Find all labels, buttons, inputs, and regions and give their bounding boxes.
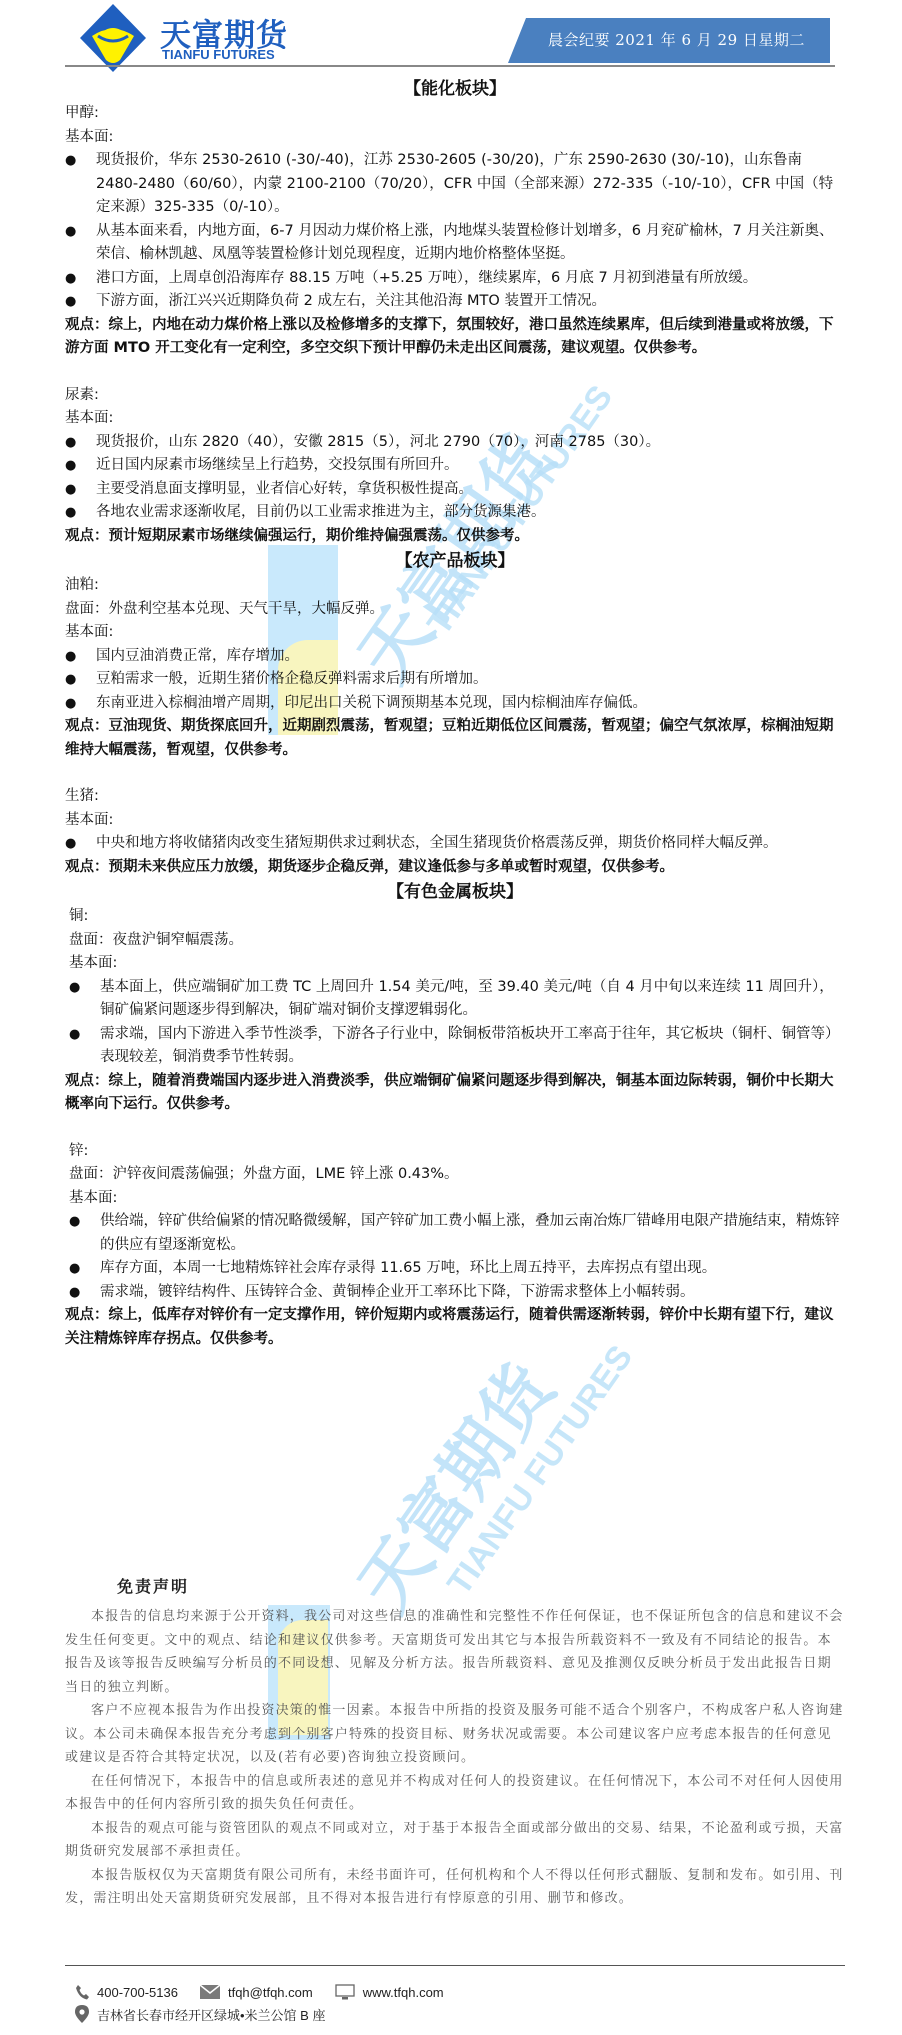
disclaimer-paragraph: 在任何情况下，本报告中的信息或所表述的意见并不构成对任何人的投资建议。在任何情况… <box>65 1770 845 1817</box>
commodity-hog: 生猪: 基本面: 中央和地方将收储猪肉改变生猪短期供求过剩状态，全国生猪现货价格… <box>65 785 845 879</box>
list-item: 各地农业需求逐渐收尾，目前仍以工业需求推进为主，部分货源集港。 <box>65 501 845 525</box>
commodity-name: 生猪: <box>65 785 845 809</box>
contact-address: 吉林省长春市经开区绿城•米兰公馆 B 座 <box>75 2005 325 2024</box>
view-text: 观点：综上，内地在动力煤价格上涨以及检修增多的支撑下，氛围较好，港口虽然连续累库… <box>65 314 845 361</box>
list-item: 东南亚进入棕榈油增产周期，印尼出口关税下调预期基本兑现，国内棕榈油库存偏低。 <box>65 692 845 716</box>
fundamentals-list: 现货报价，华东 2530-2610 (-30/-40)，江苏 2530-2605… <box>65 149 845 314</box>
view-text: 观点：综上，低库存对锌价有一定支撑作用，锌价短期内或将震荡运行，随着供需逐渐转弱… <box>65 1304 845 1351</box>
report-page: 天富期货 TIANFU FUTURES 天富期货 TIANFU FUTURES … <box>0 0 902 2035</box>
commodity-zinc: 锌: 盘面：沪锌夜间震荡偏强；外盘方面，LME 锌上涨 0.43%。 基本面: … <box>65 1140 845 1305</box>
disclaimer-paragraph: 本报告版权仅为天富期货有限公司所有，未经书面许可，任何机构和个人不得以任何形式翻… <box>65 1864 845 1911</box>
fundamentals-list: 国内豆油消费正常，库存增加。 豆粕需求一般，近期生猪价格企稳反弹料需求后期有所增… <box>65 645 845 716</box>
view-text: 观点：预期未来供应压力放缓，期货逐步企稳反弹，建议逢低参与多单或暂时观望，仅供参… <box>65 856 845 880</box>
commodity-name: 锌: <box>69 1140 845 1164</box>
list-item: 现货报价，山东 2820（40），安徽 2815（5），河北 2790（70），… <box>65 431 845 455</box>
email-icon <box>200 1985 220 1999</box>
commodity-copper: 铜: 盘面：夜盘沪铜窄幅震荡。 基本面: 基本面上，供应端铜矿加工费 TC 上周… <box>65 905 845 1070</box>
fundamentals-list: 基本面上，供应端铜矿加工费 TC 上周回升 1.54 美元/吨，至 39.40 … <box>69 976 845 1070</box>
list-item: 主要受消息面支撑明显，业者信心好转，拿货积极性提高。 <box>65 478 845 502</box>
report-header: 天富期货 TIANFU FUTURES 晨会纪要 2021 年 6 月 29 日… <box>0 0 902 70</box>
commodity-name: 铜: <box>69 905 845 929</box>
fundamentals-list: 中央和地方将收储猪肉改变生猪短期供求过剩状态，全国生猪现货价格震荡反弹，期货价格… <box>65 832 845 856</box>
disclaimer-title: 免责声明 <box>117 1574 845 1597</box>
report-body: 【能化板块】 甲醇: 基本面: 现货报价，华东 2530-2610 (-30/-… <box>65 76 845 1351</box>
location-pin-icon <box>75 2005 89 2023</box>
section-title-energy: 【能化板块】 <box>65 76 845 102</box>
commodity-name: 油粕: <box>65 574 845 598</box>
address-row: 吉林省长春市经开区绿城•米兰公馆 B 座 <box>75 2003 466 2025</box>
market-text: 盘面：沪锌夜间震荡偏强；外盘方面，LME 锌上涨 0.43%。 <box>69 1163 845 1187</box>
phone-number: 400-700-5136 <box>97 1985 178 2000</box>
list-item: 近日国内尿素市场继续呈上行趋势，交投氛围有所回升。 <box>65 454 845 478</box>
list-item: 中央和地方将收储猪肉改变生猪短期供求过剩状态，全国生猪现货价格震荡反弹，期货价格… <box>65 832 845 856</box>
fundamentals-label: 基本面: <box>65 407 845 431</box>
fundamentals-label: 基本面: <box>65 621 845 645</box>
fundamentals-label: 基本面: <box>65 809 845 833</box>
monitor-icon <box>335 1984 355 2000</box>
fundamentals-label: 基本面: <box>69 1187 845 1211</box>
header-divider <box>65 65 835 67</box>
fundamentals-label: 基本面: <box>65 126 845 150</box>
commodity-oilmeal: 油粕: 盘面：外盘利空基本兑现、天气干旱，大幅反弹。 基本面: 国内豆油消费正常… <box>65 574 845 762</box>
list-item: 库存方面，本周一七地精炼锌社会库存录得 11.65 万吨，环比上周五持平，去库拐… <box>69 1257 845 1281</box>
list-item: 下游方面，浙江兴兴近期降负荷 2 成左右，关注其他沿海 MTO 装置开工情况。 <box>65 290 845 314</box>
disclaimer-paragraph: 本报告的信息均来源于公开资料，我公司对这些信息的准确性和完整性不作任何保证，也不… <box>65 1605 845 1699</box>
contact-email: tfqh@tfqh.com <box>200 1985 313 2000</box>
email-link[interactable]: tfqh@tfqh.com <box>228 1985 313 2000</box>
list-item: 从基本面来看，内地方面，6-7 月因动力煤价格上涨，内地煤头装置检修计划增多，6… <box>65 220 845 267</box>
market-text: 盘面：外盘利空基本兑现、天气干旱，大幅反弹。 <box>65 598 845 622</box>
list-item: 基本面上，供应端铜矿加工费 TC 上周回升 1.54 美元/吨，至 39.40 … <box>69 976 845 1023</box>
disclaimer-paragraph: 客户不应视本报告为作出投资决策的惟一因素。本报告中所指的投资及服务可能不适合个别… <box>65 1699 845 1770</box>
commodity-methanol: 甲醇: 基本面: 现货报价，华东 2530-2610 (-30/-40)，江苏 … <box>65 102 845 361</box>
contact-row: 400-700-5136 tfqh@tfqh.com www.tfqh.com <box>75 1981 466 2003</box>
market-text: 盘面：夜盘沪铜窄幅震荡。 <box>69 929 845 953</box>
contact-phone: 400-700-5136 <box>75 1984 178 2000</box>
contact-website: www.tfqh.com <box>335 1984 444 2000</box>
website-link[interactable]: www.tfqh.com <box>363 1985 444 2000</box>
list-item: 现货报价，华东 2530-2610 (-30/-40)，江苏 2530-2605… <box>65 149 845 220</box>
disclaimer: 免责声明 本报告的信息均来源于公开资料，我公司对这些信息的准确性和完整性不作任何… <box>65 1574 845 1911</box>
commodity-name: 甲醇: <box>65 102 845 126</box>
disclaimer-paragraph: 本报告的观点可能与资管团队的观点不同或对立，对于基于本报告全面或部分做出的交易、… <box>65 1817 845 1864</box>
list-item: 供给端，锌矿供给偏紧的情况略微缓解，国产锌矿加工费小幅上涨，叠加云南冶炼厂错峰用… <box>69 1210 845 1257</box>
section-title-metals: 【有色金属板块】 <box>65 879 845 905</box>
footer-divider <box>65 1965 845 1966</box>
address-text: 吉林省长春市经开区绿城•米兰公馆 B 座 <box>97 2005 325 2024</box>
brand-name-en: TIANFU FUTURES <box>162 47 275 62</box>
list-item: 需求端，镀锌结构件、压铸锌合金、黄铜棒企业开工率环比下降，下游需求整体上小幅转弱… <box>69 1281 845 1305</box>
list-item: 港口方面，上周卓创沿海库存 88.15 万吨（+5.25 万吨），继续累库，6 … <box>65 267 845 291</box>
view-text: 观点：预计短期尿素市场继续偏强运行，期价维持偏强震荡。仅供参考。 <box>65 525 845 549</box>
fundamentals-list: 现货报价，山东 2820（40），安徽 2815（5），河北 2790（70），… <box>65 431 845 525</box>
view-text: 观点：豆油现货、期货探底回升，近期剧烈震荡，暂观望；豆粕近期低位区间震荡，暂观望… <box>65 715 845 762</box>
report-date: 晨会纪要 2021 年 6 月 29 日星期二 <box>548 29 805 50</box>
view-text: 观点：综上，随着消费端国内逐步进入消费淡季，供应端铜矿偏紧问题逐步得到解决，铜基… <box>65 1070 845 1117</box>
list-item: 需求端，国内下游进入季节性淡季，下游各子行业中，除铜板带箔板块开工率高于往年，其… <box>69 1023 845 1070</box>
list-item: 豆粕需求一般，近期生猪价格企稳反弹料需求后期有所增加。 <box>65 668 845 692</box>
fundamentals-label: 基本面: <box>69 952 845 976</box>
list-item: 国内豆油消费正常，库存增加。 <box>65 645 845 669</box>
contact-footer: 400-700-5136 tfqh@tfqh.com www.tfqh.com <box>75 1981 466 2025</box>
section-title-agri: 【农产品板块】 <box>65 548 845 574</box>
date-banner: 晨会纪要 2021 年 6 月 29 日星期二 <box>508 18 830 63</box>
phone-icon <box>75 1984 89 2000</box>
fundamentals-list: 供给端，锌矿供给偏紧的情况略微缓解，国产锌矿加工费小幅上涨，叠加云南冶炼厂错峰用… <box>69 1210 845 1304</box>
commodity-urea: 尿素: 基本面: 现货报价，山东 2820（40），安徽 2815（5），河北 … <box>65 384 845 549</box>
commodity-name: 尿素: <box>65 384 845 408</box>
tianfu-logo-icon <box>78 2 148 72</box>
